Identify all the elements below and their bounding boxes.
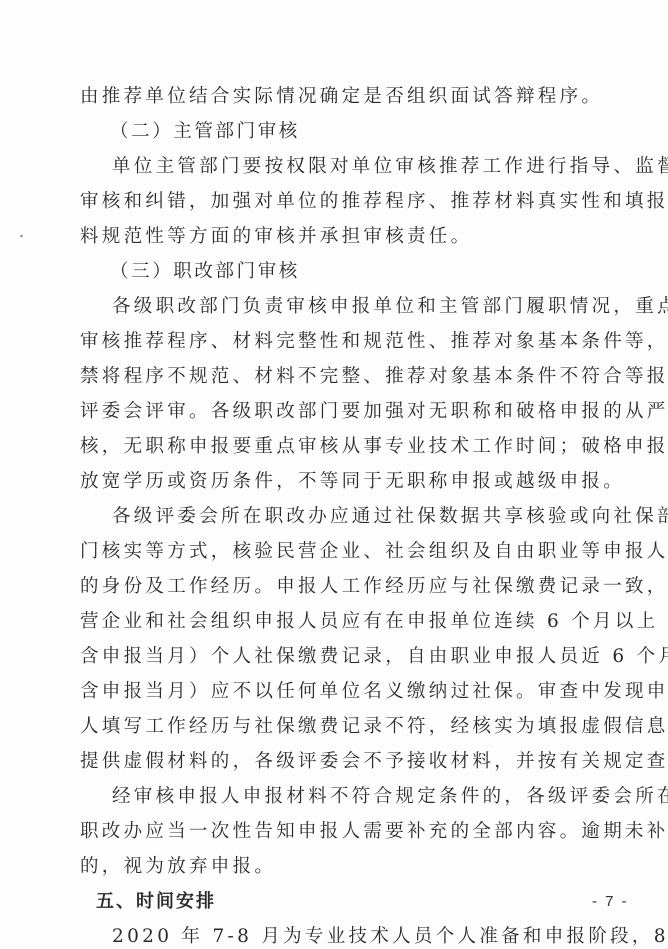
body-text-line: 门核实等方式，核验民营企业、社会组织及自由职业等申报人员 xyxy=(80,539,650,565)
body-text-line: 评委会评审。各级职改部门要加强对无职称和破格申报的从严审 xyxy=(80,399,650,425)
body-text-line: 由推荐单位结合实际情况确定是否组织面试答辩程序。 xyxy=(80,84,650,110)
body-text-line: 职改办应当一次性告知申报人需要补充的全部内容。逾期未补充 xyxy=(80,819,650,845)
section-subheading-2: （二）主管部门审核 xyxy=(110,119,668,145)
paragraph-start-line: 各级评委会所在职改办应通过社保数据共享核验或向社保部 xyxy=(112,504,668,530)
section-subheading-3: （三）职改部门审核 xyxy=(110,259,668,285)
section-heading-5: 五、时间安排 xyxy=(96,889,666,915)
paragraph-start-line: 各级职改部门负责审核申报单位和主管部门履职情况，重点 xyxy=(112,294,668,320)
paragraph-start-line: 单位主管部门要按权限对单位审核推荐工作进行指导、监督、 xyxy=(112,154,668,180)
body-text-line: 审核推荐程序、材料完整性和规范性、推荐对象基本条件等，严 xyxy=(80,329,650,355)
body-text-line: 的身份及工作经历。申报人工作经历应与社保缴费记录一致，民 xyxy=(80,574,650,600)
paragraph-start-line: 2020 年 7-8 月为专业技术人员个人准备和申报阶段，8 月为 xyxy=(112,924,668,949)
body-text-line: 禁将程序不规范、材料不完整、推荐对象基本条件不符合等报送 xyxy=(80,364,650,390)
scan-speck xyxy=(20,234,24,237)
body-text-line: 含申报当月）应不以任何单位名义缴纳过社保。审查中发现申报 xyxy=(80,679,650,705)
body-text-line: 核，无职称申报要重点审核从事专业技术工作时间；破格申报为 xyxy=(80,434,650,460)
paragraph-start-line: 经审核申报人申报材料不符合规定条件的，各级评委会所在 xyxy=(112,784,668,810)
body-text-line: 含申报当月）个人社保缴费记录，自由职业申报人员近 6 个月（不 xyxy=(80,644,650,670)
body-text-line: 审核和纠错，加强对单位的推荐程序、推荐材料真实性和填报材 xyxy=(80,189,650,215)
body-text-line: 放宽学历或资历条件，不等同于无职称申报或越级申报。 xyxy=(80,469,650,495)
body-text-line: 料规范性等方面的审核并承担审核责任。 xyxy=(80,224,650,250)
document-page: 由推荐单位结合实际情况确定是否组织面试答辩程序。 （二）主管部门审核 单位主管部… xyxy=(0,0,668,949)
page-number: - 7 - xyxy=(592,893,629,910)
body-text-line: 营企业和社会组织申报人员应有在申报单位连续 6 个月以上（不 xyxy=(80,609,650,635)
body-text-line: 提供虚假材料的，各级评委会不予接收材料，并按有关规定查处。 xyxy=(80,749,650,775)
body-text-line: 的，视为放弃申报。 xyxy=(80,854,650,880)
body-text-line: 人填写工作经历与社保缴费记录不符，经核实为填报虚假信息或 xyxy=(80,714,650,740)
